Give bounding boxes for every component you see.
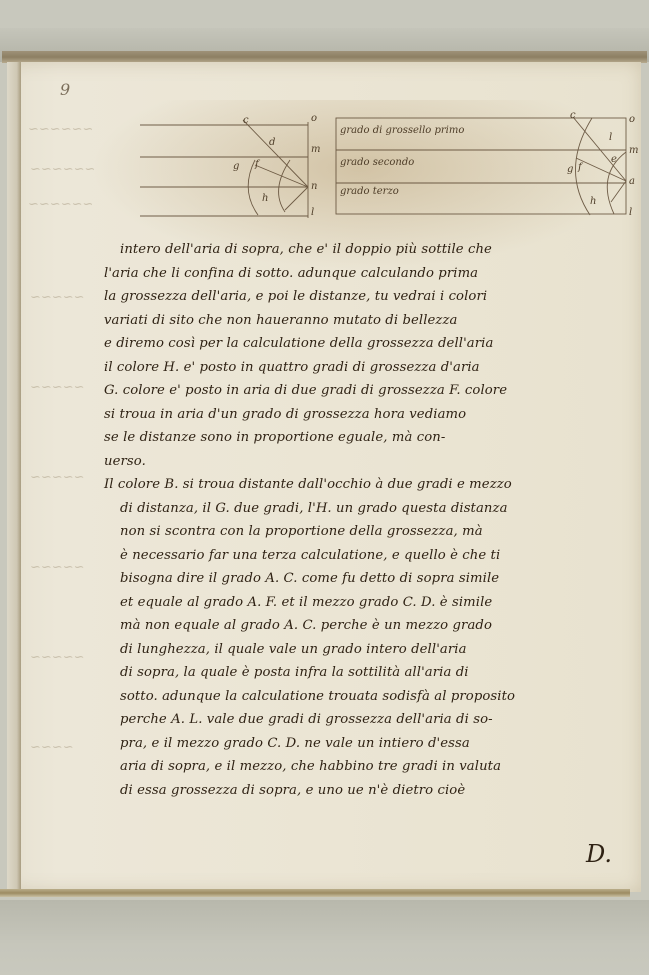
text-line: l'aria che li confina di sotto. adunque … bbox=[104, 262, 634, 286]
diagram-label-m: m bbox=[311, 144, 320, 155]
text-line: non si scontra con la proportione della … bbox=[104, 520, 634, 544]
diagram-label-c: c bbox=[570, 110, 576, 121]
diagram-label-h: h bbox=[262, 193, 268, 204]
diagram-label-o: o bbox=[629, 114, 635, 125]
diagram-label-d: d bbox=[269, 137, 275, 148]
text-line: si troua in aria d'un grado di grossezza… bbox=[104, 403, 634, 427]
diagram-label-a: a bbox=[629, 176, 635, 187]
text-line: se le distanze sono in proportione egual… bbox=[104, 426, 634, 450]
text-line: pra, e il mezzo grado C. D. ne vale un i… bbox=[104, 732, 634, 756]
text-line: mà non equale al grado A. C. perche è un… bbox=[104, 614, 634, 638]
catchword: D. bbox=[586, 840, 612, 868]
diagram-label-c: c bbox=[243, 115, 249, 126]
diagram-label-h: h bbox=[590, 196, 596, 207]
diagram-label-l: l bbox=[311, 207, 314, 218]
text-line: la grossezza dell'aria, e poi le distanz… bbox=[104, 285, 634, 309]
diagram-label-g: g bbox=[567, 164, 573, 175]
text-line: è necessario far una terza calculatione,… bbox=[104, 544, 634, 568]
text-line: variati di sito che non haueranno mutato… bbox=[104, 309, 634, 333]
text-line: aria di sopra, e il mezzo, che habbino t… bbox=[104, 755, 634, 779]
text-line: sotto. adunque la calculatione trouata s… bbox=[104, 685, 634, 709]
diagram-label-o: o bbox=[311, 113, 317, 124]
text-line: perche A. L. vale due gradi di grossezza… bbox=[104, 708, 634, 732]
text-line: bisogna dire il grado A. C. come fu dett… bbox=[104, 567, 634, 591]
diagram-label-f: f bbox=[255, 159, 259, 170]
band-label-third-degree: grado terzo bbox=[340, 186, 399, 197]
text-line: di distanza, il G. due gradi, l'H. un gr… bbox=[104, 497, 634, 521]
text-line: G. colore e' posto in aria di due gradi … bbox=[104, 379, 634, 403]
paragraph-start-line: Il colore B. si troua distante dall'occh… bbox=[104, 473, 634, 497]
diagram-label-n: n bbox=[311, 181, 317, 192]
manuscript-text: intero dell'aria di sopra, che e' il dop… bbox=[104, 238, 634, 802]
text-line: e diremo così per la calculatione della … bbox=[104, 332, 634, 356]
band-label-first-degree: grado di grossello primo bbox=[340, 125, 464, 136]
diagram-label-m: m bbox=[629, 145, 638, 156]
diagram-label-f: f bbox=[578, 162, 582, 173]
diagram-label-e: e bbox=[611, 154, 617, 165]
diagram-label-l: l bbox=[629, 207, 632, 218]
diagram-label-g: g bbox=[233, 161, 239, 172]
text-line: il colore H. e' posto in quattro gradi d… bbox=[104, 356, 634, 380]
text-line: di essa grossezza di sopra, e uno ue n'è… bbox=[104, 779, 634, 803]
text-line: uerso. bbox=[104, 450, 634, 474]
diagram-label-l: l bbox=[609, 132, 612, 143]
text-line: di lunghezza, il quale vale un grado int… bbox=[104, 638, 634, 662]
band-label-second-degree: grado secondo bbox=[340, 157, 414, 168]
text-line: intero dell'aria di sopra, che e' il dop… bbox=[104, 238, 634, 262]
text-line: et equale al grado A. F. et il mezzo gra… bbox=[104, 591, 634, 615]
text-line: di sopra, la quale è posta infra la sott… bbox=[104, 661, 634, 685]
